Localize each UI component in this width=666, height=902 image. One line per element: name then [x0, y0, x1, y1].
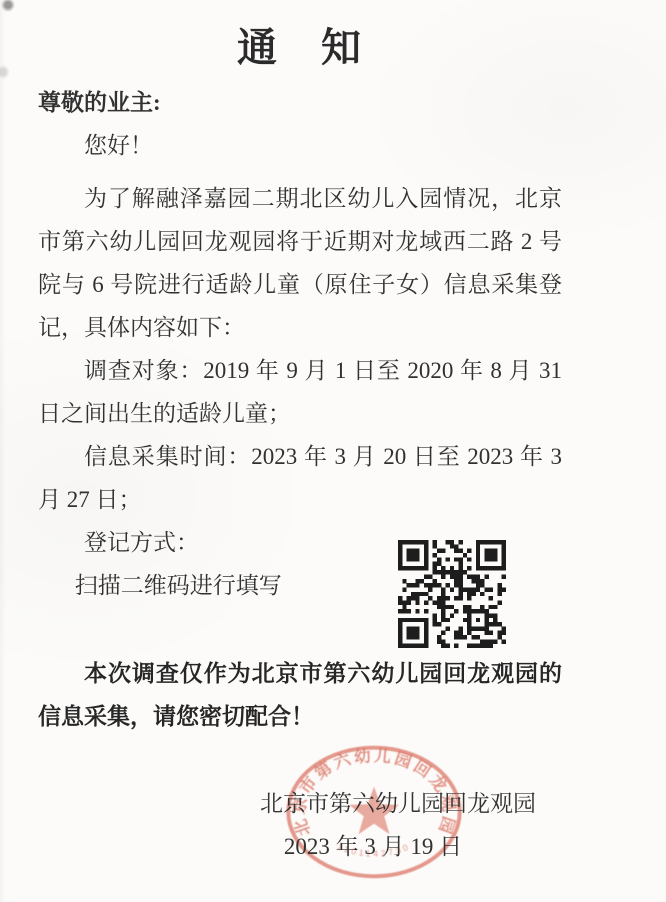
intro-paragraph: 为了解融泽嘉园二期北区幼儿入园情况，北京市第六幼儿园回龙观园将于近期对龙域西二路…: [38, 177, 562, 349]
greeting: 您好！: [38, 124, 562, 167]
survey-target-paragraph: 调查对象：2019 年 9 月 1 日至 2020 年 8 月 31 日之间出生…: [38, 349, 562, 435]
collection-time-paragraph: 信息采集时间：2023 年 3 月 20 日至 2023 年 3 月 27 日；: [38, 435, 562, 521]
notice-document: 通 知 尊敬的业主: 您好！ 为了解融泽嘉园二期北区幼儿入园情况，北京市第六幼儿…: [0, 0, 666, 902]
emphasis-paragraph: 本次调查仅作为北京市第六幼儿园回龙观园的信息采集，请您密切配合！: [38, 652, 562, 738]
signature-org: 北京市第六幼儿园回龙观园: [238, 782, 558, 825]
signature-block: 北京市第六幼儿园回龙观园 2023 年 3 月 19 日: [238, 782, 558, 868]
scan-instruction: 扫描二维码进行填写: [38, 564, 562, 607]
salutation: 尊敬的业主:: [38, 81, 562, 124]
notice-title: 通 知: [38, 22, 562, 74]
registration-method-label: 登记方式：: [38, 521, 562, 564]
signature-date: 2023 年 3 月 19 日: [238, 825, 508, 868]
